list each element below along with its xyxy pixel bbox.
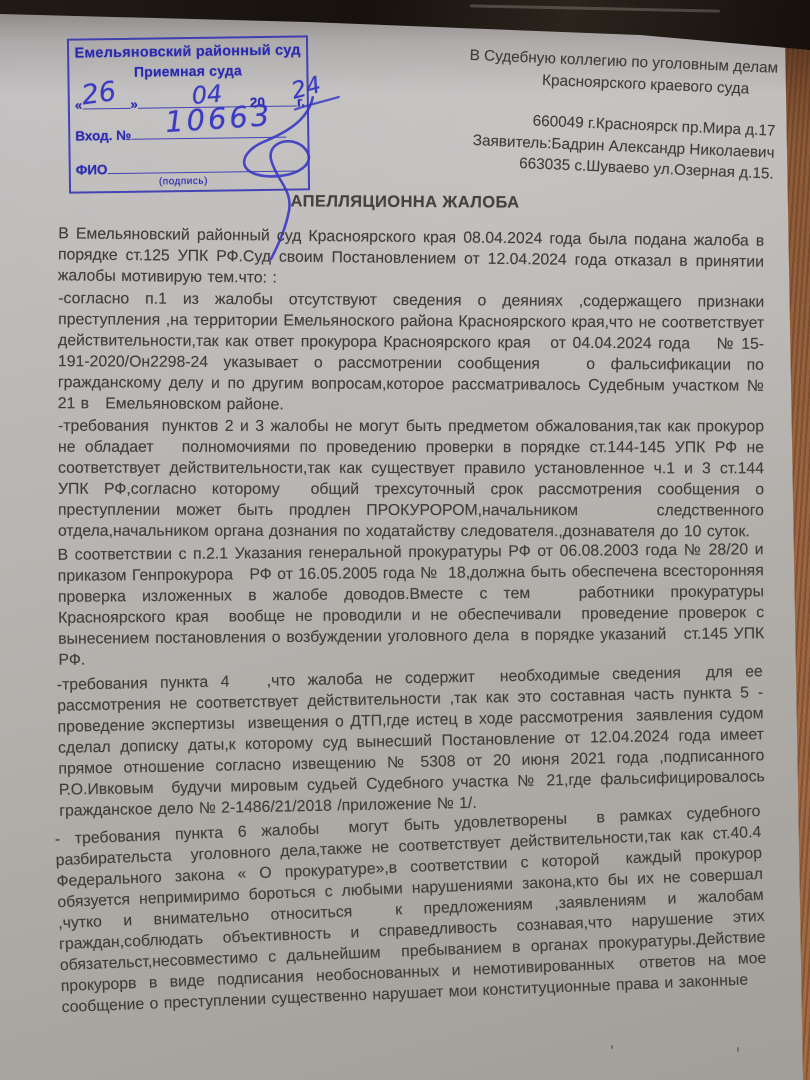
signature-caption: (подпись) (159, 176, 208, 188)
paragraph-point4: -требования пункта 4 ,что жалоба не соде… (57, 661, 766, 822)
date-open-quote: « (75, 97, 83, 112)
incoming-number-label: Вход. № (75, 128, 131, 144)
stamp-court-name: Емельяновский районный суд (69, 42, 306, 61)
date-close-quote: » (130, 97, 138, 112)
paper-speck (650, 986, 652, 989)
court-registration-stamp: Емельяновский районный суд Приемная суда… (67, 35, 310, 193)
wooden-table-edge (783, 36, 810, 1080)
recipient-block: В Судебную коллегию по уголовным делам К… (405, 42, 778, 185)
paper-speck (611, 1045, 613, 1049)
paragraph-point6: - требования пункта 6 жалобы могут быть … (54, 801, 767, 1018)
paragraph-points2-3: -требования пунктов 2 и 3 жалобы не могу… (58, 416, 764, 543)
document-body: В Емельяновский районный суд Красноярско… (58, 227, 764, 1004)
page-title: АПЕЛЛЯЦИОННА ЖАЛОБА (0, 191, 810, 214)
fio-label: ФИО (76, 162, 108, 177)
document-photo: Емельяновский районный суд Приемная суда… (0, 0, 810, 1080)
date-day-handwritten: 26 (80, 76, 118, 111)
applicant-address-block: 660049 г.Красноярск пр.Мира д.17 Заявите… (405, 105, 775, 185)
paragraph-point1: -согласно п.1 из жалобы отсутствуют свед… (58, 288, 765, 418)
paper-speck (737, 1047, 739, 1052)
paragraph-prosecutor-order: В соответствии с п.2.1 Указания генераль… (58, 539, 765, 671)
paragraph-intro: В Емельяновский районный суд Красноярско… (58, 223, 765, 293)
